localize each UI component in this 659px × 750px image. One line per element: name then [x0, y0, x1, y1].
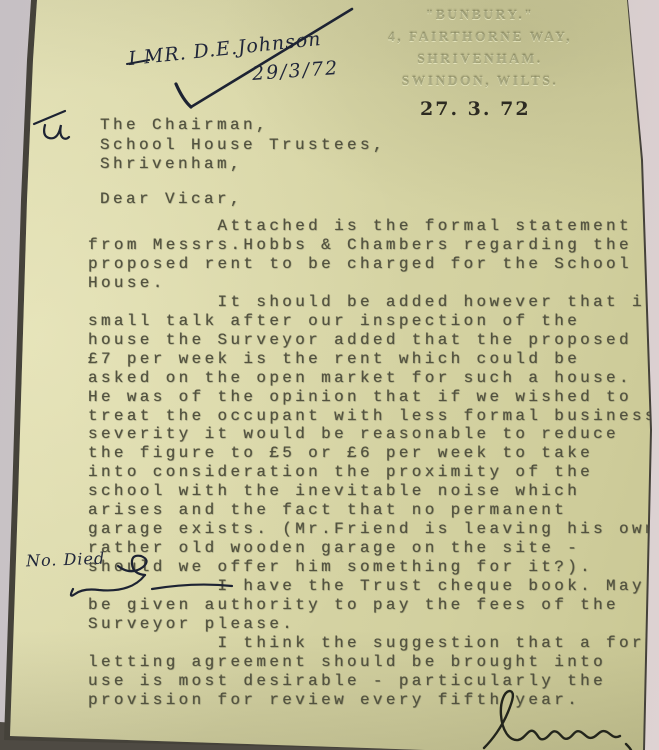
filing-mark-icon [34, 111, 69, 139]
handwritten-note-date: 29/3/72 [251, 57, 340, 85]
letter-scan: "BUNBURY." 4, FAIRTHORNE WAY, SHRIVENHAM… [0, 0, 659, 750]
recipient-address: The Chairman, School House Trustees, Shr… [100, 116, 386, 175]
letter-body: Attached is the formal statement from Me… [88, 217, 659, 710]
salutation: Dear Vicar, [100, 190, 243, 208]
margin-note: No. Died [26, 549, 106, 571]
embossed-letterhead: "BUNBURY." 4, FAIRTHORNE WAY, SHRIVENHAM… [330, 4, 630, 92]
typed-date: 27. 3. 72 [420, 98, 531, 120]
letter-paper: "BUNBURY." 4, FAIRTHORNE WAY, SHRIVENHAM… [0, 0, 659, 750]
